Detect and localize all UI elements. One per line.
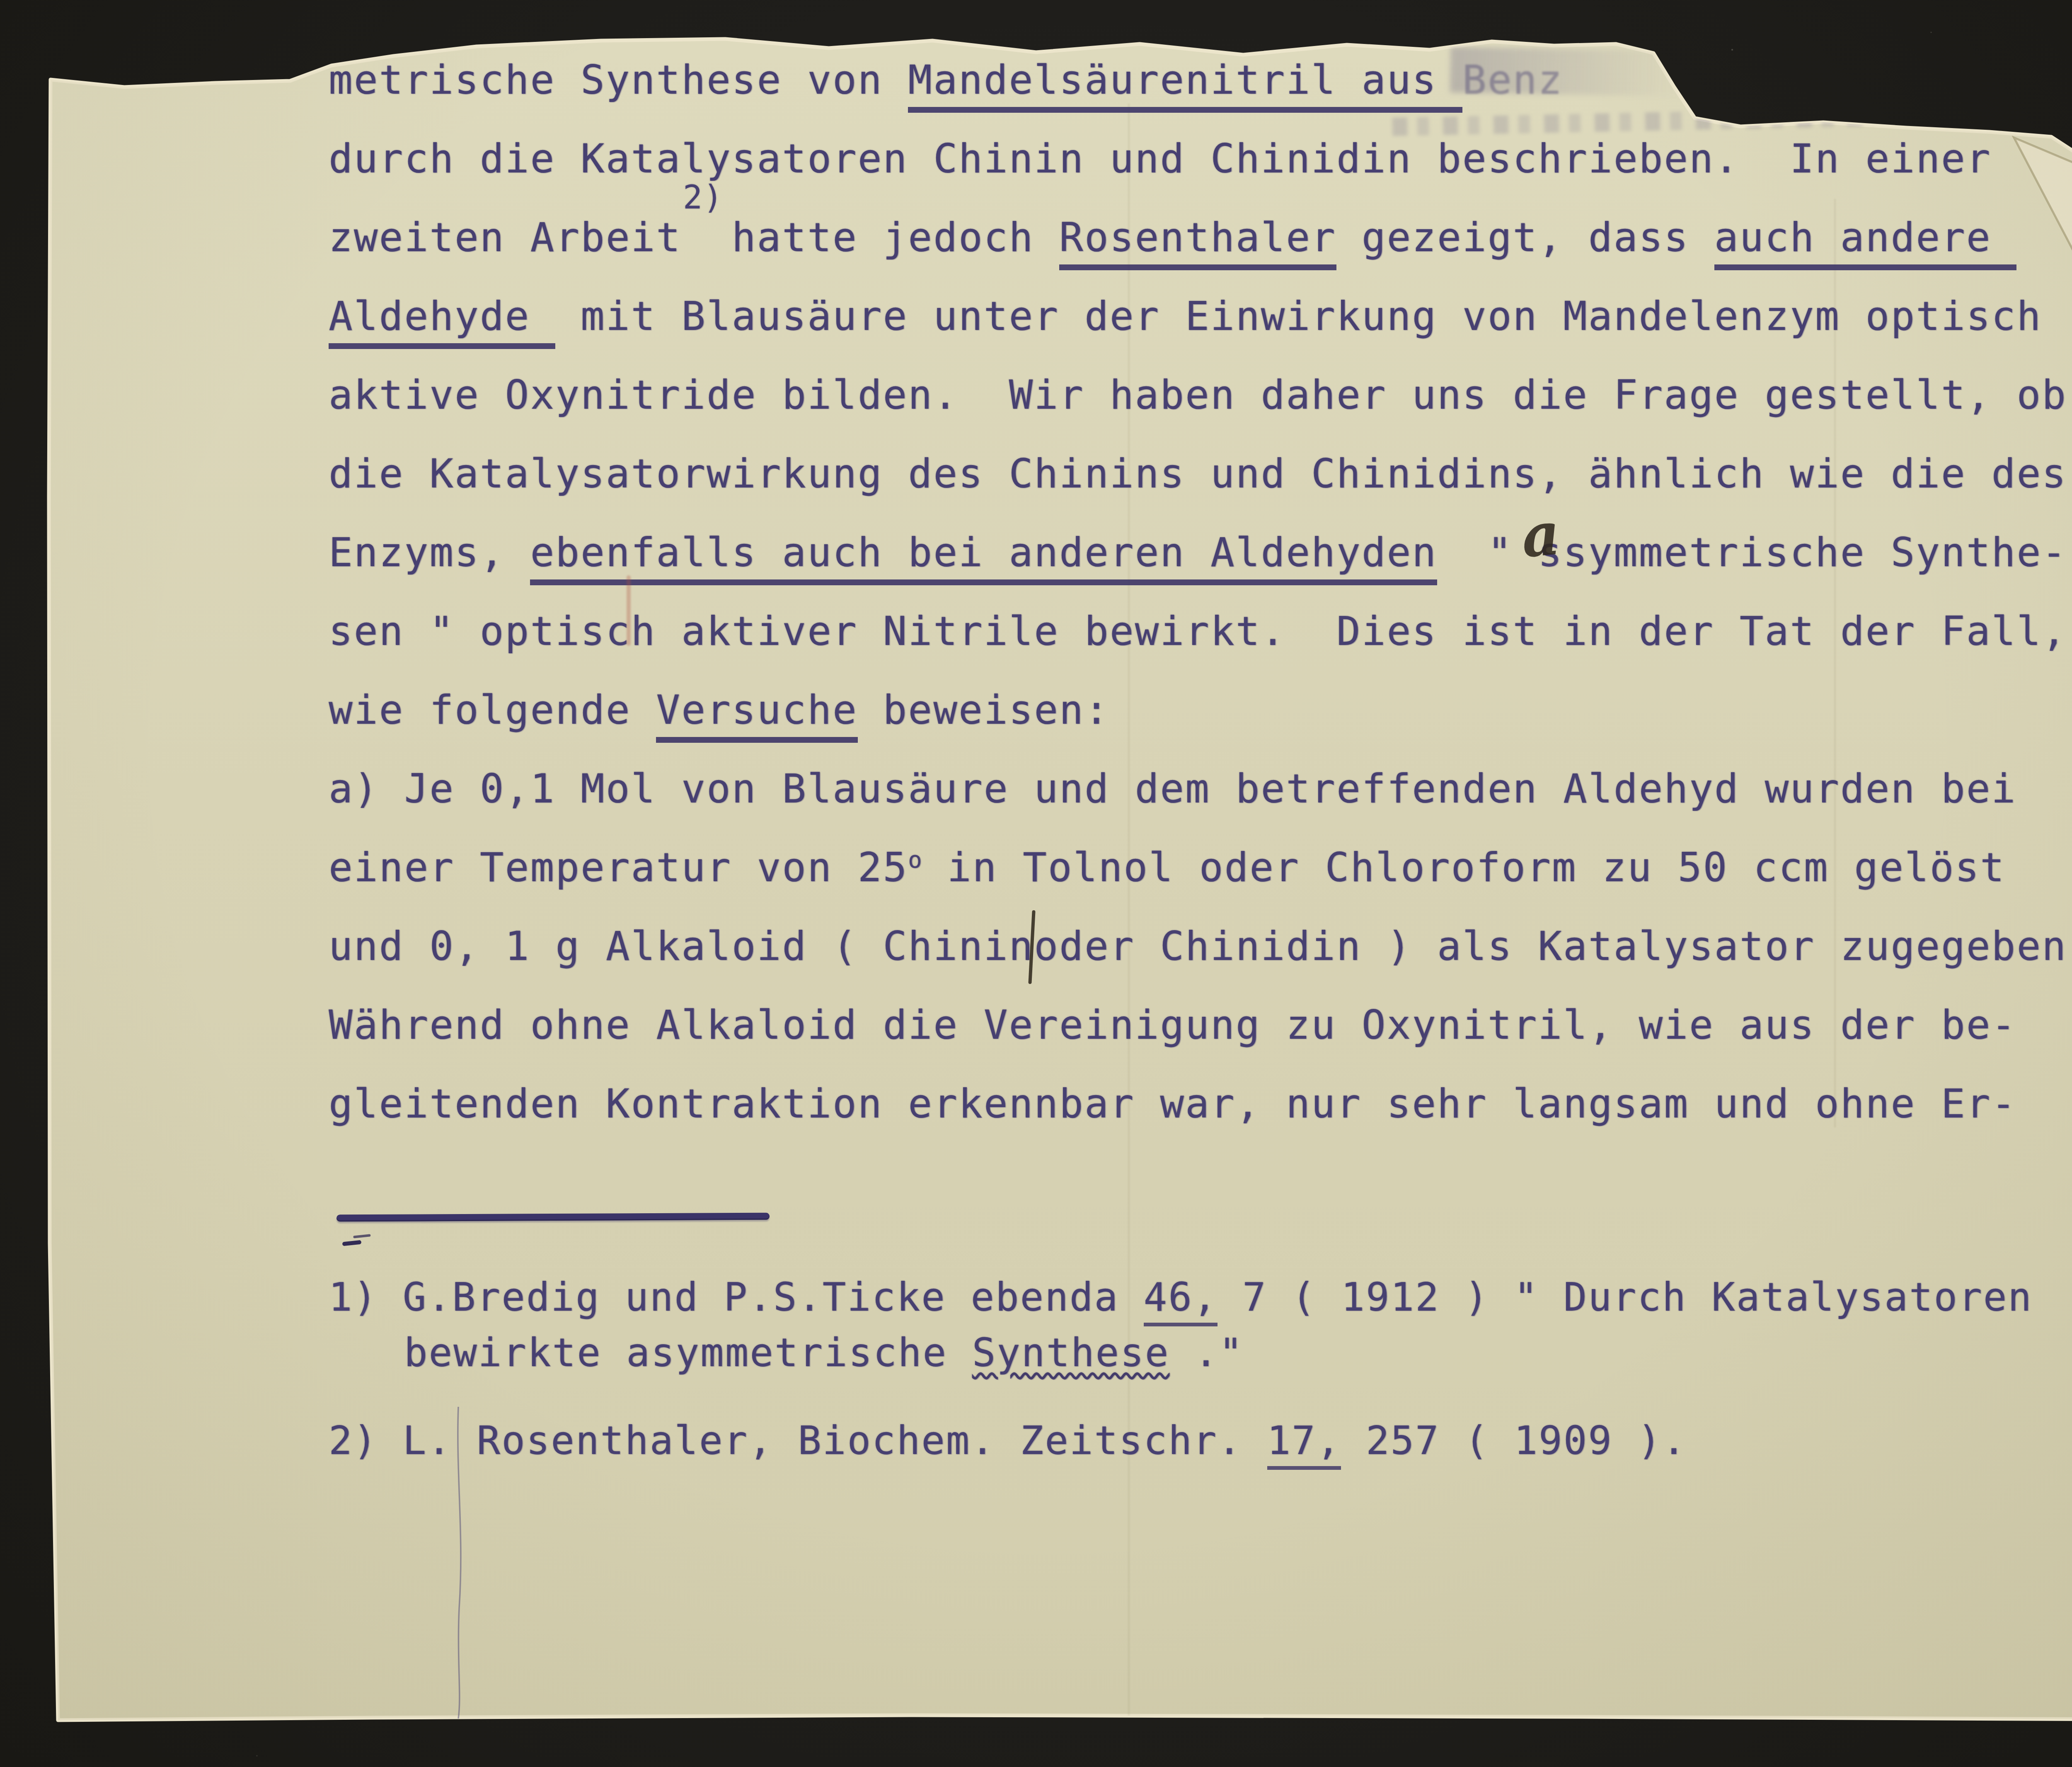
footnote-text: .": [1169, 1331, 1244, 1376]
underlined-name: Rosenthaler: [1059, 216, 1336, 270]
footnote-separator-rule: [336, 1213, 770, 1222]
handwritten-footnote-tick: [342, 1240, 362, 1246]
footnote-1-line-2: bewirkte asymmetrische Synthese .": [404, 1331, 1244, 1375]
line-text: oder Chinidin ) als Katalysator zugegebe…: [1034, 923, 2072, 970]
footnote-text: bewirkte asymmetrische: [404, 1331, 972, 1376]
footnote-text: 2) L. Rosenthaler, Biochem. Zeitschr.: [329, 1418, 1267, 1464]
footnote-1-line-1: 1) G.Bredig und P.S.Ticke ebenda 46, 7 (…: [329, 1276, 2033, 1326]
line-text: einer Temperatur von 25: [329, 844, 908, 891]
typed-line-10: a) Je 0,1 Mol von Blausäure und dem betr…: [329, 767, 2016, 812]
underlined-text: Aldehyde: [329, 294, 555, 349]
line-text: durch die Katalysatoren Chinin und Chini…: [329, 136, 1992, 182]
wavy-underlined-text: Synthese: [972, 1331, 1170, 1376]
scan-background: metrische Synthese von Mandelsäurenitril…: [0, 0, 2072, 1767]
footnote-2: 2) L. Rosenthaler, Biochem. Zeitschr. 17…: [329, 1419, 1687, 1470]
typed-line-7: Enzyms, ebenfalls auch bei anderen Aldeh…: [329, 531, 2067, 585]
typed-line-1: metrische Synthese von Mandelsäurenitril…: [329, 58, 1563, 113]
torn-faded-text: Benz: [1462, 57, 1563, 103]
typed-line-9: wie folgende Versuche beweisen:: [329, 688, 1110, 743]
typed-line-12: und 0, 1 g Alkaloid ( Chininoder Chinidi…: [329, 924, 2072, 969]
document-content: metrische Synthese von Mandelsäurenitril…: [0, 0, 2072, 1767]
typed-line-13: Während ohne Alkaloid die Vereinigung zu…: [329, 1003, 2016, 1048]
underlined-volume: 46,: [1144, 1276, 1218, 1326]
typed-line-6: die Katalysatorwirkung des Chinins und C…: [329, 452, 2067, 497]
line-text: gezeigt, dass: [1336, 214, 1714, 261]
line-text: gleitenden Kontraktion erkennbar war, nu…: [329, 1081, 2016, 1127]
footnote-text: 257 ( 1909 ).: [1341, 1418, 1687, 1464]
typed-line-4: Aldehyde mit Blausäure unter der Einwirk…: [329, 294, 2042, 349]
underlined-text: auch andere: [1714, 216, 2017, 270]
underlined-text: Versuche: [656, 688, 857, 743]
underlined-volume: 17,: [1267, 1419, 1341, 1470]
underlined-text: ebenfalls auch bei anderen Aldehyden: [530, 531, 1437, 585]
line-text: beweisen:: [858, 687, 1110, 733]
underlined-text: Mandelsäurenitril aus: [908, 58, 1462, 113]
footnote-reference-superscript: 2): [683, 179, 724, 216]
typed-line-5: aktive Oxynitride bilden. Wir haben dahe…: [329, 373, 2067, 418]
overtyped-text: ssymmetrische Synthe-: [1538, 529, 2067, 576]
line-text: mit Blausäure unter der Einwirkung von M…: [555, 293, 2042, 339]
typed-line-14: gleitenden Kontraktion erkennbar war, nu…: [329, 1082, 2016, 1127]
typed-line-8: sen " optisch aktiver Nitrile bewirkt. D…: [329, 609, 2067, 654]
typed-line-2: durch die Katalysatoren Chinin und Chini…: [329, 137, 1992, 182]
typed-line-3: zweiten Arbeit hatte jedoch Rosenthaler …: [329, 216, 2016, 270]
footnote-text: 1) G.Bredig und P.S.Ticke ebenda: [329, 1275, 1144, 1320]
line-text: wie folgende: [329, 687, 656, 733]
line-text: sen " optisch aktiver Nitrile bewirkt. D…: [329, 608, 2067, 654]
red-pencil-streak: [627, 575, 631, 646]
footnote-text: 7 ( 1912 ) " Durch Katalysatoren: [1218, 1275, 2033, 1320]
line-text: in Tolnol oder Chloroform zu 50 ccm gelö…: [922, 844, 2005, 891]
line-text: metrische Synthese von: [329, 57, 908, 103]
typed-line-11: einer Temperatur von 25o in Tolnol oder …: [329, 846, 2005, 890]
line-text: aktive Oxynitride bilden. Wir haben dahe…: [329, 372, 2067, 418]
handwritten-a-correction: a: [1519, 499, 1563, 571]
line-text: und 0, 1 g Alkaloid ( Chinin: [329, 923, 1034, 970]
line-text: Während ohne Alkaloid die Vereinigung zu…: [329, 1002, 2016, 1048]
line-text: die Katalysatorwirkung des Chinins und C…: [329, 451, 2067, 497]
line-text: a) Je 0,1 Mol von Blausäure und dem betr…: [329, 766, 2016, 812]
degree-superscript: o: [908, 846, 922, 873]
line-text: Enzyms,: [329, 529, 530, 576]
line-text: zweiten Arbeit hatte jedoch: [329, 214, 1059, 261]
